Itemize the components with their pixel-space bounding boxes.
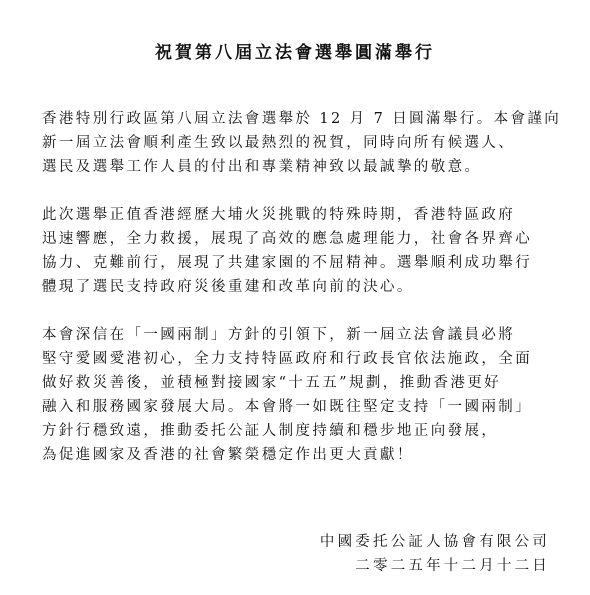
paragraph-line: 香港特別行政區第八屆立法會選舉於 12 月 7 日圓滿舉行。本會謹向 (42, 107, 562, 131)
paragraph-line: 體現了選民支持政府災後重建和改革向前的決心。 (42, 275, 562, 299)
paragraph-line: 選民及選舉工作人員的付出和專業精神致以最誠摯的敬意。 (42, 155, 562, 179)
signature-organization: 中國委托公証人協會有限公司 (320, 530, 550, 554)
paragraph-line: 新一屆立法會順利產生致以最熱烈的祝賀，同時向所有候選人、 (42, 131, 562, 155)
document-title: 祝賀第八屆立法會選舉圓滿舉行 (0, 38, 590, 63)
paragraph-line: 為促進國家及香港的社會繁榮穩定作出更大貢獻！ (42, 443, 562, 467)
paragraph-line: 此次選舉正值香港經歷大埔火災挑戰的特殊時期，香港特區政府 (42, 203, 562, 227)
paragraph-line: 方針行穩致遠，推動委托公証人制度持續和穩步地正向發展， (42, 419, 562, 443)
paragraph-line: 做好救災善後，並積極對接國家“十五五”規劃，推動香港更好 (42, 371, 562, 395)
paragraph-line: 本會深信在「一國兩制」方針的引領下，新一屆立法會議員必將 (42, 323, 562, 347)
signature-date: 二零二五年十二月十二日 (320, 554, 550, 578)
paragraph-3: 本會深信在「一國兩制」方針的引領下，新一屆立法會議員必將 堅守愛國愛港初心，全力… (42, 323, 562, 467)
paragraph-line: 融入和服務國家發展大局。本會將一如既往堅定支持「一國兩制」 (42, 395, 562, 419)
signature-block: 中國委托公証人協會有限公司 二零二五年十二月十二日 (320, 530, 550, 578)
paragraph-line: 迅速響應，全力救援，展現了高效的應急處理能力，社會各界齊心 (42, 227, 562, 251)
paragraph-line: 堅守愛國愛港初心，全力支持特區政府和行政長官依法施政，全面 (42, 347, 562, 371)
paragraph-line: 協力、克難前行，展現了共建家園的不屈精神。選舉順利成功舉行 (42, 251, 562, 275)
paragraph-1: 香港特別行政區第八屆立法會選舉於 12 月 7 日圓滿舉行。本會謹向 新一屆立法… (42, 107, 562, 179)
paragraph-2: 此次選舉正值香港經歷大埔火災挑戰的特殊時期，香港特區政府 迅速響應，全力救援，展… (42, 203, 562, 299)
